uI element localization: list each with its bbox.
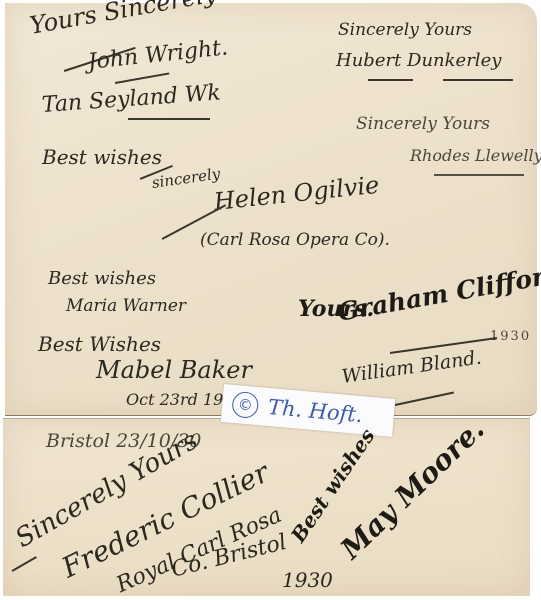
closing-text: Best wishes <box>42 147 162 167</box>
closing-text: Best wishes <box>48 270 156 288</box>
closing-text: Sincerely Yours <box>356 116 490 133</box>
closing-text: Best Wishes <box>38 334 161 354</box>
signature-name: Rhodes Llewellyn <box>410 148 541 164</box>
signature-name: Maria Warner <box>66 298 186 315</box>
copyright-icon: © <box>231 391 259 419</box>
underline <box>443 79 513 81</box>
signature-name: Mabel Baker <box>96 358 252 382</box>
signature-name: Hubert Dunkerley <box>336 52 501 70</box>
underline <box>368 79 413 81</box>
company-text: (Carl Rosa Opera Co). <box>200 232 390 249</box>
year-text: 1930 <box>282 570 333 590</box>
watermark-owner: Th. Hoft. <box>267 395 363 427</box>
underline <box>128 118 210 120</box>
closing-text: Sincerely Yours <box>338 22 472 39</box>
underline <box>434 174 524 176</box>
